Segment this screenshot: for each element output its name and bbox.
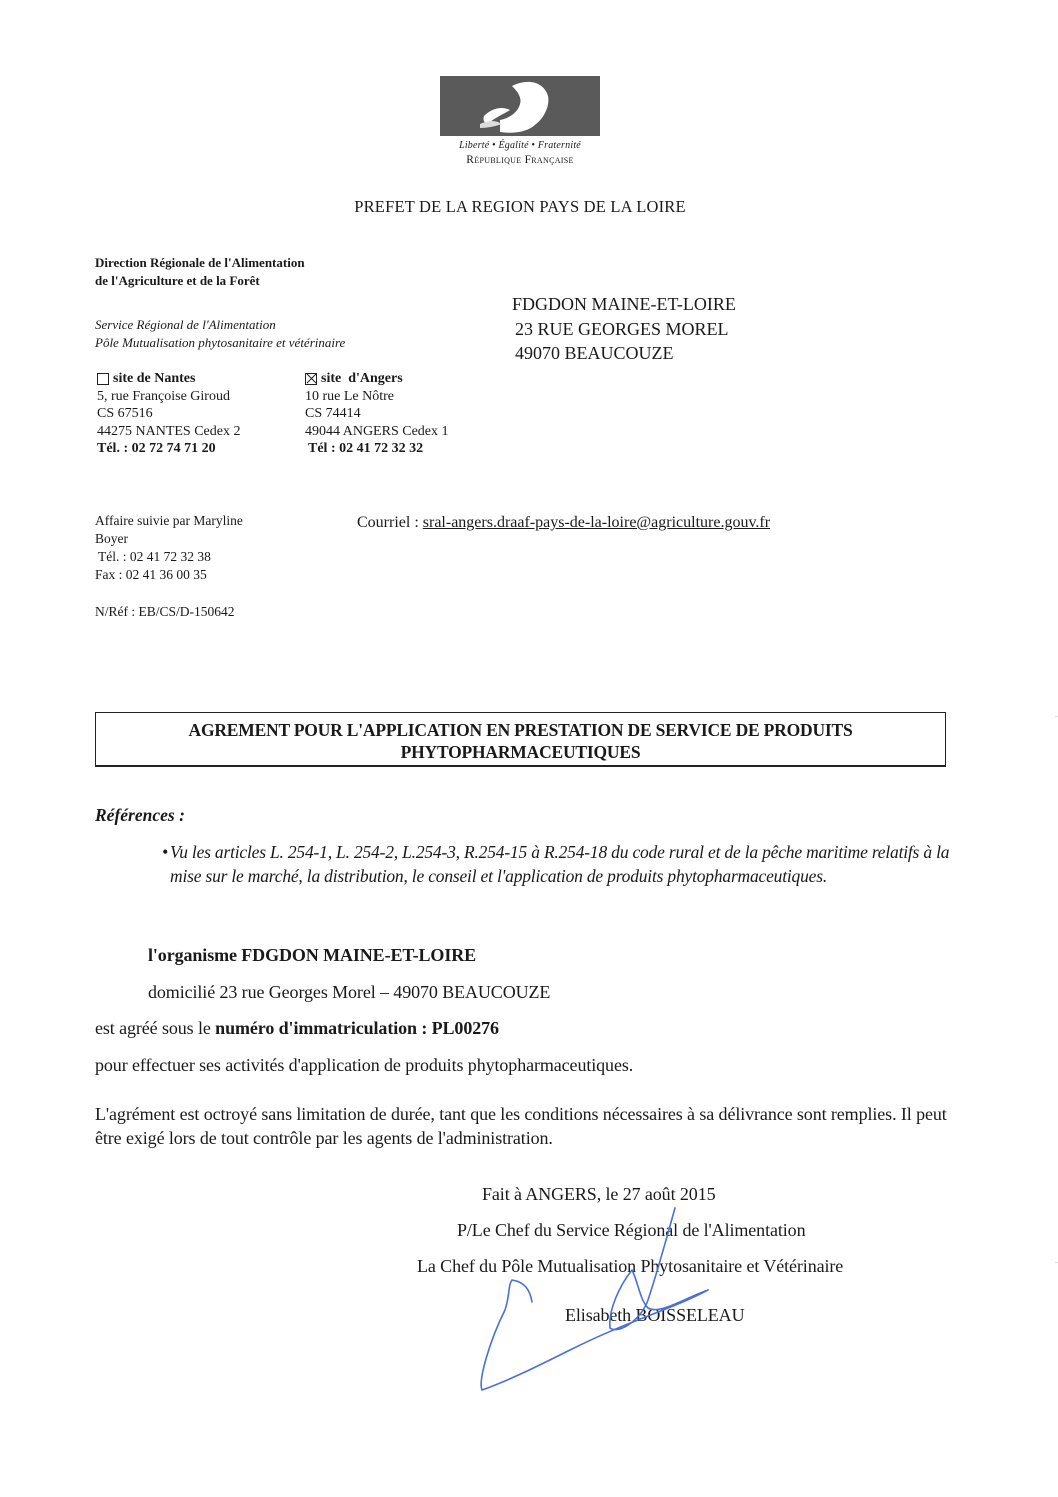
site-label: site de Nantes: [113, 370, 195, 388]
courriel-label: Courriel :: [357, 514, 423, 531]
republic-name: République Française: [440, 154, 600, 166]
agreement-number: est agréé sous le numéro d'immatriculati…: [95, 1018, 499, 1039]
service-line-2: Pôle Mutualisation phytosanitaire et vét…: [95, 334, 345, 352]
republique-francaise-logo: Liberté • Égalité • Fraternité Républiqu…: [440, 76, 600, 166]
republic-motto: Liberté • Égalité • Fraternité: [440, 140, 600, 151]
references-text: Vu les articles L. 254-1, L. 254-2, L.25…: [170, 842, 949, 886]
service-line-1: Service Régional de l'Alimentation: [95, 316, 345, 334]
site-cs: CS 74414: [305, 405, 449, 423]
contact-tel: Tél. : 02 41 72 32 38: [95, 548, 243, 566]
recipient-street: 23 RUE GEORGES MOREL: [512, 317, 736, 342]
site-tel: Tél : 02 41 72 32 32: [305, 440, 449, 458]
agreement-conditions: L'agrément est octroyé sans limitation d…: [95, 1102, 955, 1150]
registration-number: numéro d'immatriculation : PL00276: [215, 1018, 499, 1038]
courriel: Courriel : sral-angers.draaf-pays-de-la-…: [357, 514, 770, 532]
affaire-line-2: Boyer: [95, 530, 243, 548]
affaire-line-1: Affaire suivie par Maryline: [95, 512, 243, 530]
handwritten-signature-icon: [470, 1190, 730, 1410]
agree-prefix: est agréé sous le: [95, 1018, 215, 1038]
site-address: 10 rue Le Nôtre: [305, 388, 449, 406]
site-label: site d'Angers: [321, 370, 403, 388]
recipient-city: 49070 BEAUCOUZE: [512, 341, 736, 366]
site-city: 44275 NANTES Cedex 2: [97, 423, 241, 441]
title-line-1: AGREMENT POUR L'APPLICATION EN PRESTATIO…: [96, 719, 945, 741]
marianne-logo-icon: [440, 76, 600, 136]
document-title: AGREMENT POUR L'APPLICATION EN PRESTATIO…: [95, 712, 946, 767]
site-cs: CS 67516: [97, 405, 241, 423]
organisme: l'organisme FDGDON MAINE-ET-LOIRE: [148, 945, 476, 966]
courriel-email-link[interactable]: sral-angers.draaf-pays-de-la-loire@agric…: [423, 514, 770, 531]
site-nantes: site de Nantes 5, rue Françoise Giroud C…: [97, 370, 241, 458]
reference-number: N/Réf : EB/CS/D-150642: [95, 604, 235, 620]
references-label: Références :: [95, 805, 185, 826]
activity-scope: pour effectuer ses activités d'applicati…: [95, 1055, 633, 1076]
sender-service: Service Régional de l'Alimentation Pôle …: [95, 316, 345, 352]
bullet-icon: •: [162, 840, 168, 864]
recipient-name: FDGDON MAINE-ET-LOIRE: [512, 292, 736, 317]
prefet-heading: PREFET DE LA REGION PAYS DE LA LOIRE: [0, 197, 1040, 217]
site-address: 5, rue Françoise Giroud: [97, 388, 241, 406]
direction-line-2: de l'Agriculture et de la Forêt: [95, 272, 305, 290]
domicile: domicilié 23 rue Georges Morel – 49070 B…: [148, 982, 550, 1003]
site-tel: Tél. : 02 72 74 71 20: [97, 440, 241, 458]
sender-direction: Direction Régionale de l'Alimentation de…: [95, 254, 305, 290]
title-line-2: PHYTOPHARMACEUTIQUES: [96, 741, 945, 763]
direction-line-1: Direction Régionale de l'Alimentation: [95, 254, 305, 272]
references-item: • Vu les articles L. 254-1, L. 254-2, L.…: [170, 840, 950, 888]
contact-fax: Fax : 02 41 36 00 35: [95, 566, 243, 584]
site-angers: site d'Angers 10 rue Le Nôtre CS 74414 4…: [305, 370, 449, 458]
checkbox-checked-angers-icon: [305, 373, 317, 385]
checkbox-nantes-icon: [97, 373, 109, 385]
recipient-address: FDGDON MAINE-ET-LOIRE 23 RUE GEORGES MOR…: [512, 292, 736, 366]
case-contact: Affaire suivie par Maryline Boyer Tél. :…: [95, 512, 243, 584]
site-city: 49044 ANGERS Cedex 1: [305, 423, 449, 441]
